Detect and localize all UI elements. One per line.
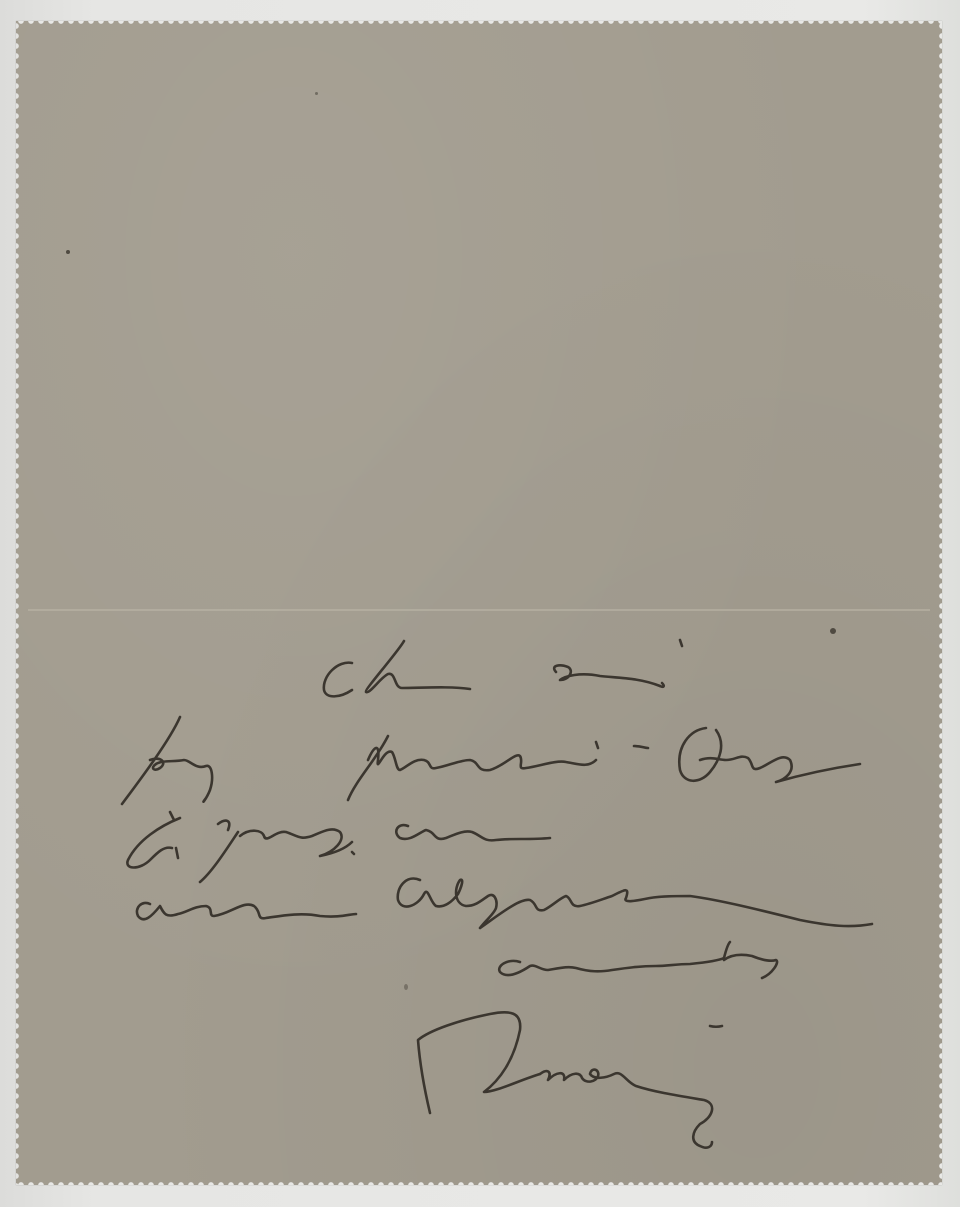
letter-line: Alexandre bbox=[400, 884, 575, 918]
letter-line: si pouvez avec bbox=[128, 820, 378, 854]
handwriting-strokes bbox=[0, 0, 960, 1207]
letter-line: Venez Mercredi dîner bbox=[122, 742, 495, 776]
signature: Renoir bbox=[418, 1040, 608, 1096]
letter-line: amitiés bbox=[500, 946, 626, 980]
salutation: Cher ami bbox=[322, 650, 480, 684]
photo-background: Cher ami Venez Mercredi dîner si pouvez … bbox=[0, 0, 960, 1207]
